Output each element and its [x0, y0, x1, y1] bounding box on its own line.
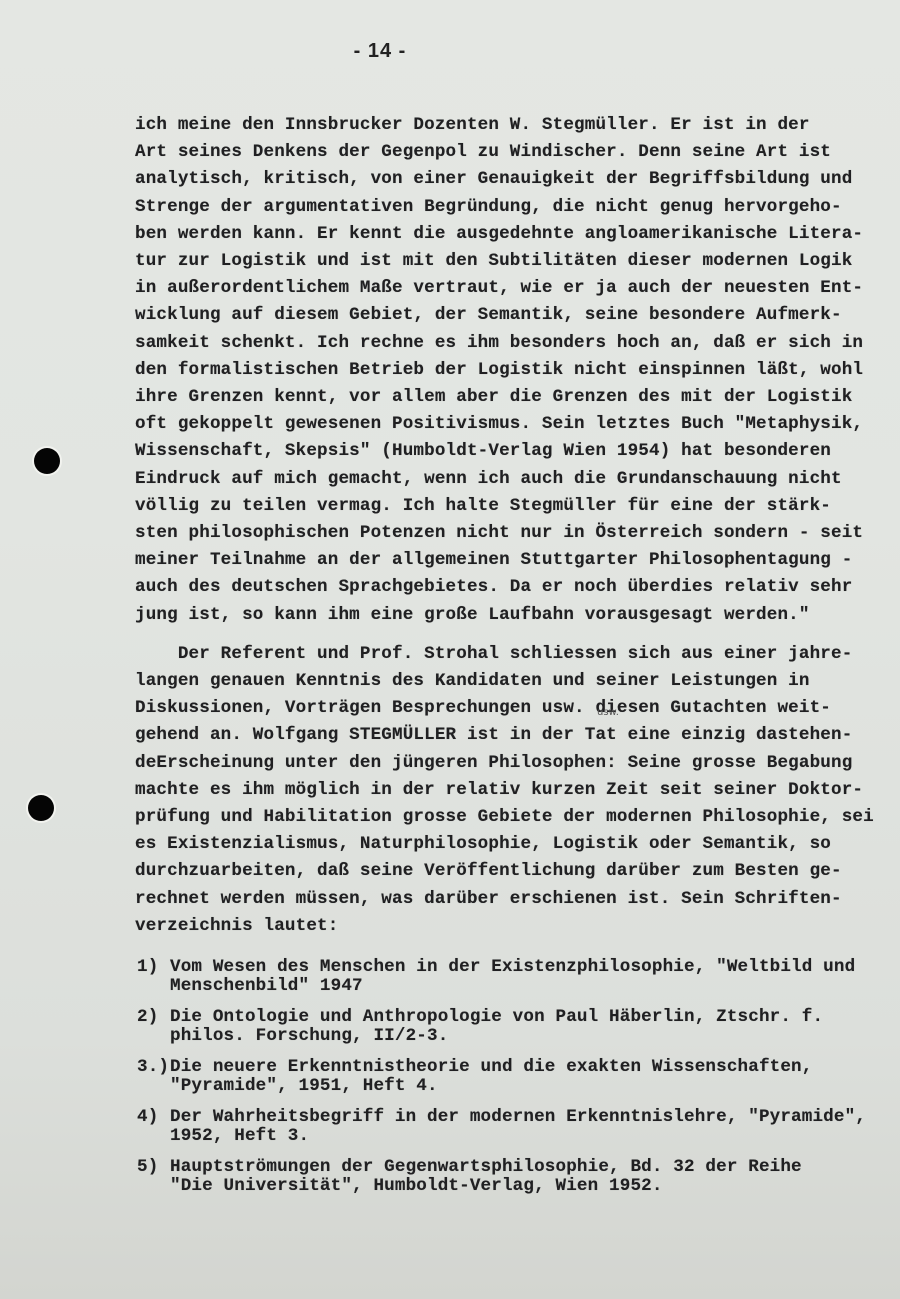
text-line: analytisch, kritisch, von einer Genauigk…	[135, 166, 900, 193]
text-line: oft gekoppelt gewesenen Positivismus. Se…	[135, 411, 900, 438]
text-line: tur zur Logistik und ist mit den Subtili…	[135, 248, 900, 275]
text-line: meiner Teilnahme an der allgemeinen Stut…	[135, 547, 900, 574]
text-line: verzeichnis lautet:	[135, 913, 900, 940]
text-line: jung ist, so kann ihm eine große Laufbah…	[135, 602, 900, 629]
entry-line: Vom Wesen des Menschen in der Existenzph…	[170, 958, 855, 977]
text-line: in außerordentlichem Maße vertraut, wie …	[135, 275, 900, 302]
entry-number: 4)	[137, 1108, 170, 1146]
text-line: gehend an. Wolfgang STEGMÜLLER ist in de…	[135, 722, 900, 749]
text-line: auch des deutschen Sprachgebietes. Da er…	[135, 574, 900, 601]
text-line: völlig zu teilen vermag. Ich halte Stegm…	[135, 493, 900, 520]
entry-line: Die Ontologie und Anthropologie von Paul…	[170, 1008, 823, 1027]
body-text: ich meine den Innsbrucker Dozenten W. St…	[135, 112, 900, 940]
paragraph-1: ich meine den Innsbrucker Dozenten W. St…	[135, 112, 900, 629]
text-line: Strenge der argumentativen Begründung, d…	[135, 194, 900, 221]
text-line: sten philosophischen Potenzen nicht nur …	[135, 520, 900, 547]
typewritten-page: - 14 - ich meine den Innsbrucker Dozente…	[0, 0, 900, 1299]
text-line: ich meine den Innsbrucker Dozenten W. St…	[135, 112, 900, 139]
entry-line: Der Wahrheitsbegriff in der modernen Erk…	[170, 1108, 866, 1127]
text-line: den formalistischen Betrieb der Logistik…	[135, 357, 900, 384]
text-line: samkeit schenkt. Ich rechne es ihm beson…	[135, 330, 900, 357]
text-line: langen genauen Kenntnis des Kandidaten u…	[135, 668, 900, 695]
bibliography-list: 1) Vom Wesen des Menschen in der Existen…	[137, 958, 900, 1208]
punch-hole-bottom	[28, 795, 54, 821]
entry-line: "Die Universität", Humboldt-Verlag, Wien…	[170, 1177, 802, 1196]
bibliography-entry: 2) Die Ontologie und Anthropologie von P…	[137, 1008, 900, 1046]
text-line: Wissenschaft, Skepsis" (Humboldt-Verlag …	[135, 438, 900, 465]
text-line: Eindruck auf mich gemacht, wenn ich auch…	[135, 466, 900, 493]
text-line: deErscheinung unter den jüngeren Philoso…	[135, 750, 900, 777]
text-line: ihre Grenzen kennt, vor allem aber die G…	[135, 384, 900, 411]
handwritten-correction: usw.	[597, 707, 619, 718]
text-line: machte es ihm möglich in der relativ kur…	[135, 777, 900, 804]
text-line: Der Referent und Prof. Strohal schliesse…	[135, 641, 900, 668]
entry-line: 1952, Heft 3.	[170, 1127, 866, 1146]
paragraph-2: Der Referent und Prof. Strohal schliesse…	[135, 641, 900, 940]
text-line: durchzuarbeiten, daß seine Veröffentlich…	[135, 858, 900, 885]
bibliography-entry: 4) Der Wahrheitsbegriff in der modernen …	[137, 1108, 900, 1146]
entry-line: Die neuere Erkenntnistheorie und die exa…	[170, 1058, 812, 1077]
text-line: Art seines Denkens der Gegenpol zu Windi…	[135, 139, 900, 166]
entry-number: 3.)	[137, 1058, 170, 1096]
entry-number: 1)	[137, 958, 170, 996]
entry-line: Hauptströmungen der Gegenwartsphilosophi…	[170, 1158, 802, 1177]
punch-hole-top	[34, 448, 60, 474]
bibliography-entry: 5) Hauptströmungen der Gegenwartsphiloso…	[137, 1158, 900, 1196]
text-line: rechnet werden müssen, was darüber ersch…	[135, 886, 900, 913]
entry-line: philos. Forschung, II/2-3.	[170, 1027, 823, 1046]
entry-number: 2)	[137, 1008, 170, 1046]
page-number: - 14 -	[0, 40, 760, 63]
bibliography-entry: 3.) Die neuere Erkenntnistheorie und die…	[137, 1058, 900, 1096]
text-line: prüfung und Habilitation grosse Gebiete …	[135, 804, 900, 831]
text-line: wicklung auf diesem Gebiet, der Semantik…	[135, 302, 900, 329]
entry-line: "Pyramide", 1951, Heft 4.	[170, 1077, 812, 1096]
entry-line: Menschenbild" 1947	[170, 977, 855, 996]
text-line: Diskussionen, Vorträgen Besprechungen us…	[135, 695, 900, 722]
bibliography-entry: 1) Vom Wesen des Menschen in der Existen…	[137, 958, 900, 996]
text-line: es Existenzialismus, Naturphilosophie, L…	[135, 831, 900, 858]
entry-number: 5)	[137, 1158, 170, 1196]
text-line: ben werden kann. Er kennt die ausgedehnt…	[135, 221, 900, 248]
